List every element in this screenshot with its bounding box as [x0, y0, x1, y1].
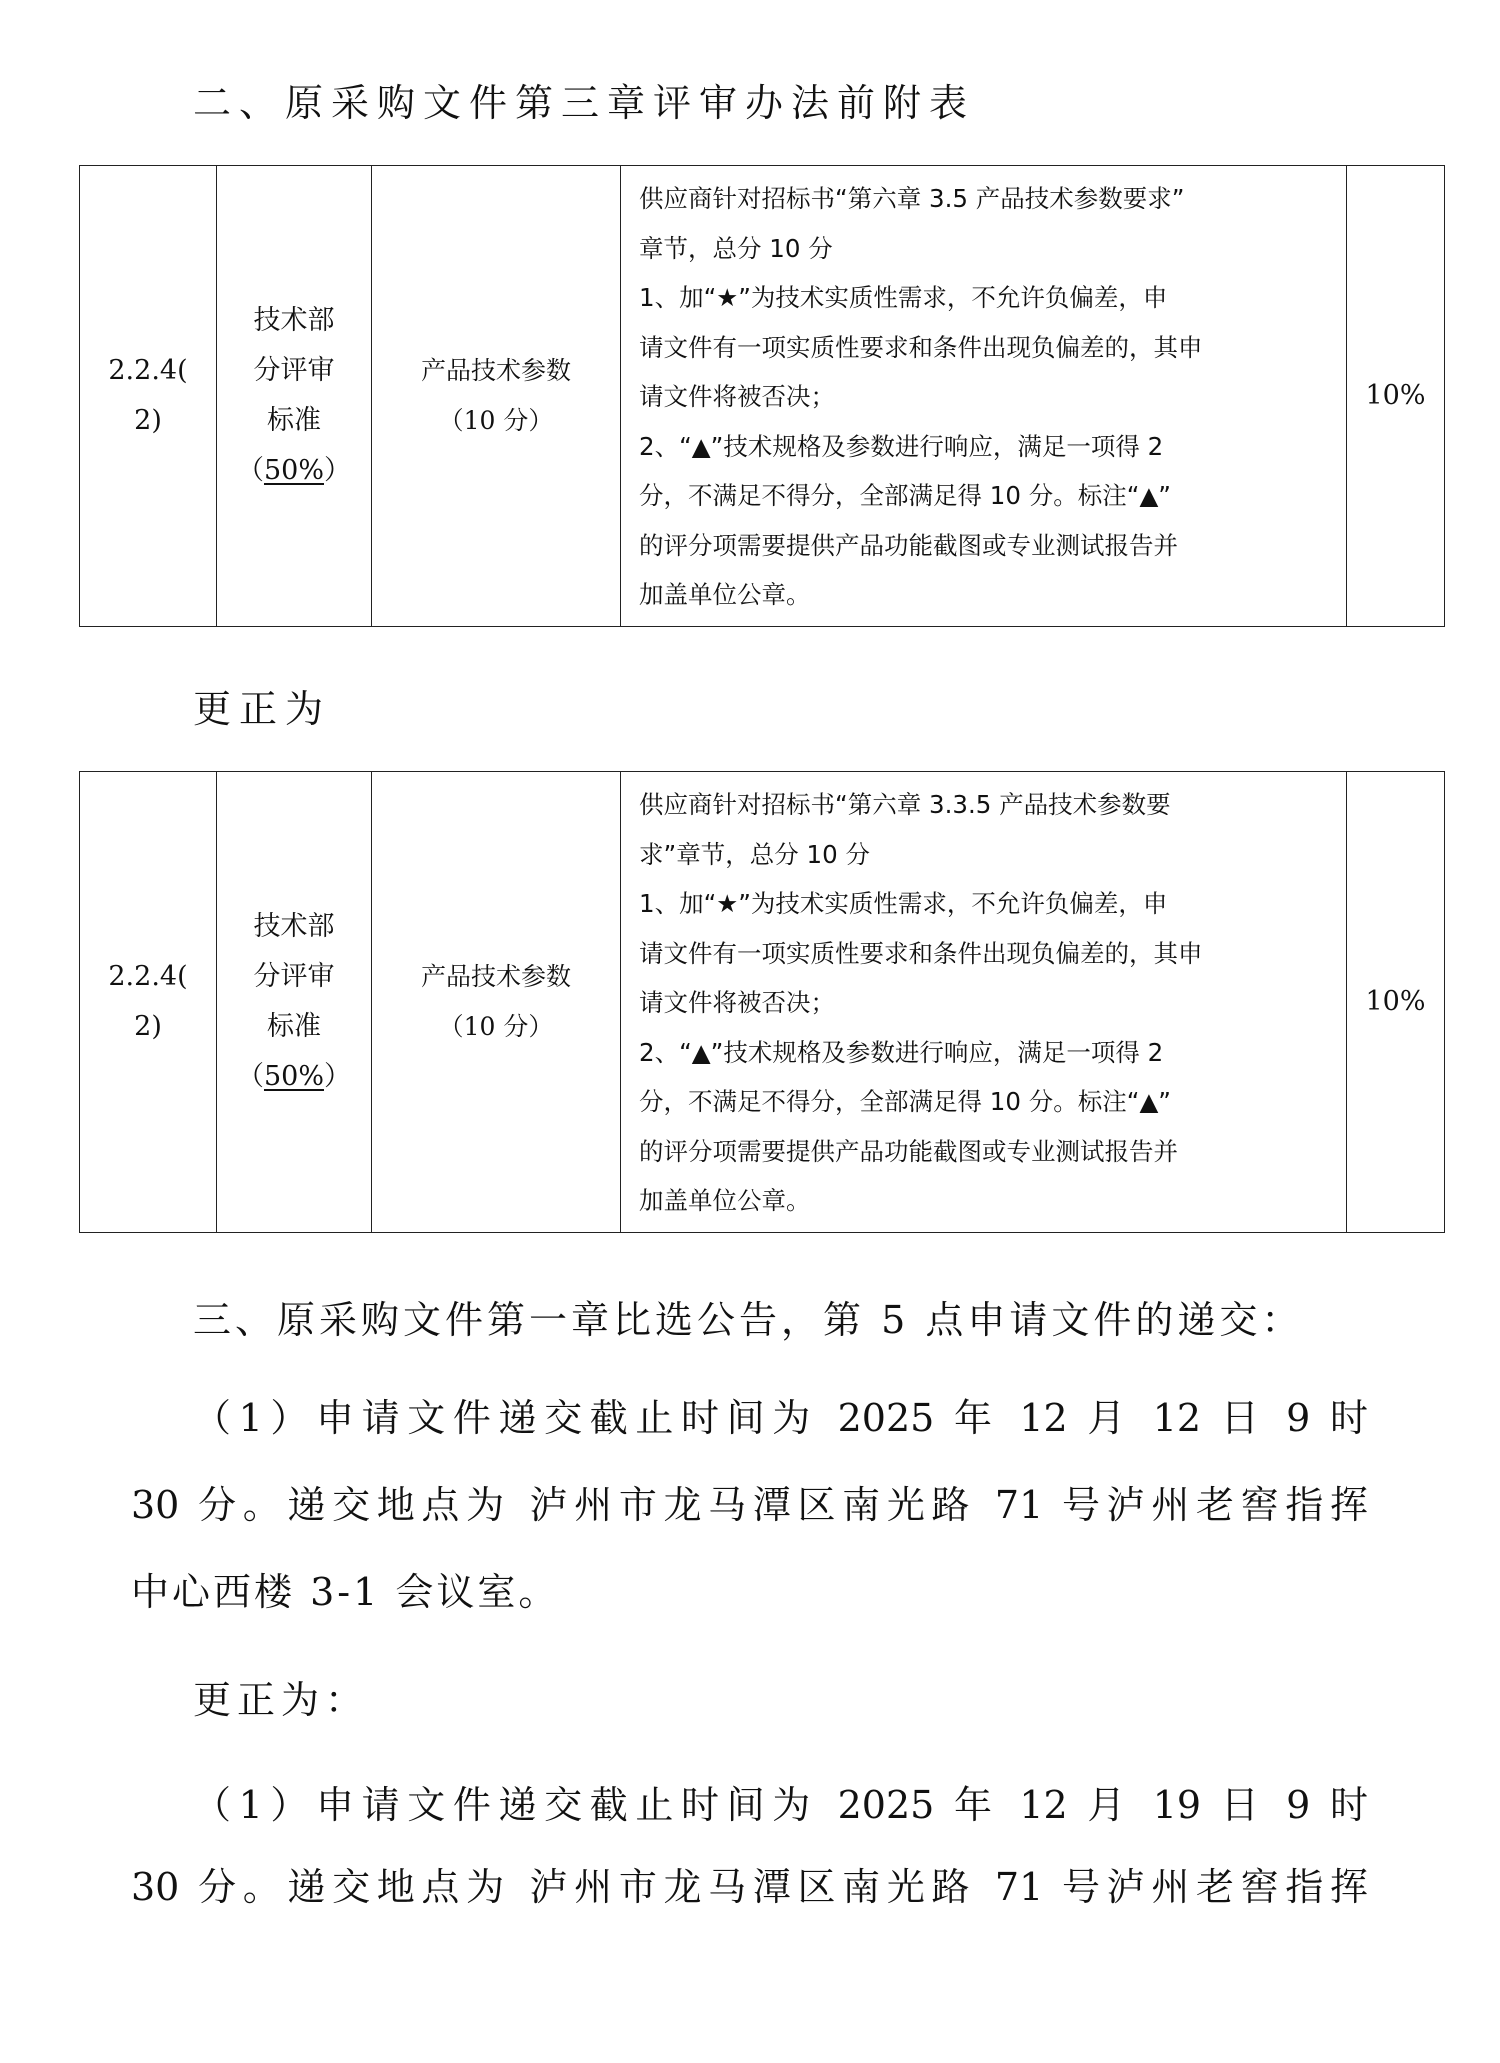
criteria-line: 请文件将被否决； [639, 372, 1336, 422]
clause-cell: 2.2.4( 2) [80, 166, 217, 627]
criteria-cell: 供应商针对招标书“第六章 3.5 产品技术参数要求” 章节，总分 10 分 1、… [621, 166, 1347, 627]
weight-cell: 10% [1347, 166, 1445, 627]
category-percentage: （50%） [217, 1052, 371, 1102]
category-text: 分评审 [217, 952, 371, 1002]
section-2-title: 二、原采购文件第三章评审办法前附表 [193, 78, 975, 128]
paragraph-line: 30 分。递交地点为 泸州市龙马潭区南光路 71 号泸州老窖指挥 [131, 1846, 1368, 1928]
table-row: 2.2.4( 2) 技术部 分评审 标准 （50%） 产品技术参数 （10 分）… [80, 166, 1445, 627]
factor-text: 产品技术参数 [372, 346, 620, 396]
category-text: 标准 [217, 396, 371, 446]
paragraph-line: 30 分。递交地点为 泸州市龙马潭区南光路 71 号泸州老窖指挥 [131, 1462, 1368, 1549]
clause-text: 2.2.4( [80, 346, 216, 396]
corrected-scoring-table: 2.2.4( 2) 技术部 分评审 标准 （50%） 产品技术参数 （10 分）… [79, 771, 1445, 1233]
category-text: 技术部 [217, 296, 371, 346]
section-3-title: 三、原采购文件第一章比选公告，第 5 点申请文件的递交： [193, 1295, 1303, 1345]
clause-text: 2) [80, 396, 216, 446]
factor-cell: 产品技术参数 （10 分） [372, 772, 621, 1233]
criteria-line: 2、“▲”技术规格及参数进行响应，满足一项得 2 [639, 422, 1336, 472]
category-cell: 技术部 分评审 标准 （50%） [217, 772, 372, 1233]
factor-score: （10 分） [372, 396, 620, 446]
criteria-line: 供应商针对招标书“第六章 3.3.5 产品技术参数要 [639, 780, 1336, 830]
paren-close: ） [324, 455, 351, 486]
category-text: 分评审 [217, 346, 371, 396]
criteria-line: 请文件将被否决； [639, 978, 1336, 1028]
percentage-value: 50% [264, 455, 324, 486]
criteria-line: 请文件有一项实质性要求和条件出现负偏差的，其申 [639, 323, 1336, 373]
clause-cell: 2.2.4( 2) [80, 772, 217, 1233]
criteria-line: 加盖单位公章。 [639, 1176, 1336, 1226]
correction-label: 更正为： [193, 1675, 369, 1725]
category-cell: 技术部 分评审 标准 （50%） [217, 166, 372, 627]
criteria-line: 加盖单位公章。 [639, 570, 1336, 620]
weight-cell: 10% [1347, 772, 1445, 1233]
criteria-line: 分，不满足不得分，全部满足得 10 分。标注“▲” [639, 1077, 1336, 1127]
criteria-line: 求”章节，总分 10 分 [639, 830, 1336, 880]
criteria-line: 供应商针对招标书“第六章 3.5 产品技术参数要求” [639, 174, 1336, 224]
original-submission-paragraph: （1）申请文件递交截止时间为 2025 年 12 月 12 日 9 时 30 分… [131, 1375, 1368, 1636]
category-percentage: （50%） [217, 446, 371, 496]
paragraph-line: 中心西楼 3-1 会议室。 [131, 1549, 1368, 1636]
clause-text: 2) [80, 1002, 216, 1052]
criteria-line: 的评分项需要提供产品功能截图或专业测试报告并 [639, 1127, 1336, 1177]
criteria-line: 的评分项需要提供产品功能截图或专业测试报告并 [639, 521, 1336, 571]
criteria-line: 请文件有一项实质性要求和条件出现负偏差的，其申 [639, 929, 1336, 979]
paragraph-line: （1）申请文件递交截止时间为 2025 年 12 月 19 日 9 时 [131, 1764, 1368, 1846]
corrected-submission-paragraph: （1）申请文件递交截止时间为 2025 年 12 月 19 日 9 时 30 分… [131, 1764, 1368, 1928]
paren-open: （ [237, 1061, 264, 1092]
factor-score: （10 分） [372, 1002, 620, 1052]
criteria-line: 2、“▲”技术规格及参数进行响应，满足一项得 2 [639, 1028, 1336, 1078]
original-scoring-table: 2.2.4( 2) 技术部 分评审 标准 （50%） 产品技术参数 （10 分）… [79, 165, 1445, 627]
paren-open: （ [237, 455, 264, 486]
correction-label: 更正为 [193, 684, 331, 734]
factor-cell: 产品技术参数 （10 分） [372, 166, 621, 627]
percentage-value: 50% [264, 1061, 324, 1092]
clause-text: 2.2.4( [80, 952, 216, 1002]
criteria-line: 1、加“★”为技术实质性需求，不允许负偏差，申 [639, 273, 1336, 323]
paragraph-line: （1）申请文件递交截止时间为 2025 年 12 月 12 日 9 时 [131, 1375, 1368, 1462]
paren-close: ） [324, 1061, 351, 1092]
factor-text: 产品技术参数 [372, 952, 620, 1002]
criteria-line: 章节，总分 10 分 [639, 224, 1336, 274]
category-text: 标准 [217, 1002, 371, 1052]
criteria-cell: 供应商针对招标书“第六章 3.3.5 产品技术参数要 求”章节，总分 10 分 … [621, 772, 1347, 1233]
criteria-line: 1、加“★”为技术实质性需求，不允许负偏差，申 [639, 879, 1336, 929]
criteria-line: 分，不满足不得分，全部满足得 10 分。标注“▲” [639, 471, 1336, 521]
table-row: 2.2.4( 2) 技术部 分评审 标准 （50%） 产品技术参数 （10 分）… [80, 772, 1445, 1233]
category-text: 技术部 [217, 902, 371, 952]
